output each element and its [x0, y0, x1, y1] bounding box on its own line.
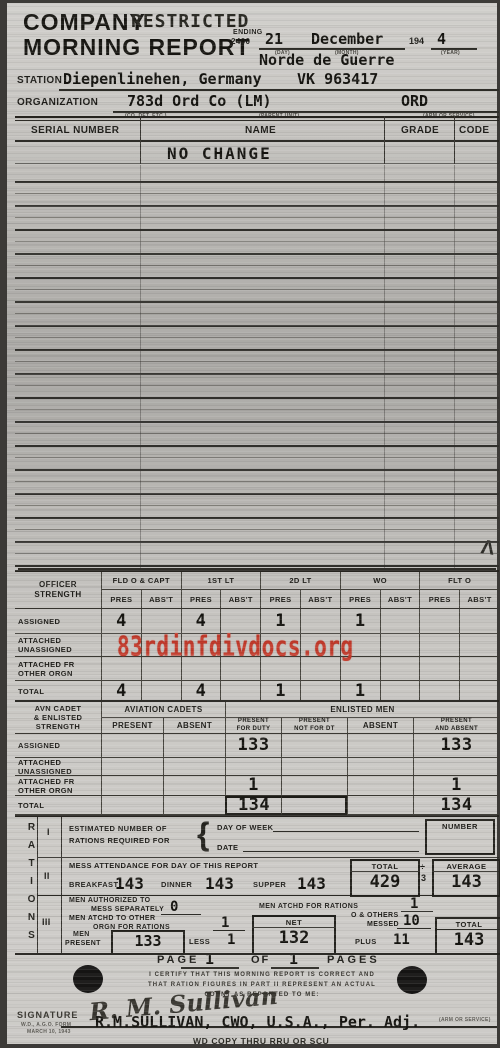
cell — [163, 796, 225, 815]
o-and-others-line2: MESSED — [367, 921, 399, 928]
group-wo: WO — [340, 572, 420, 590]
col-grade: GRADE — [401, 125, 439, 136]
empty-divider-serial — [140, 165, 141, 570]
form-date-small-print: MARCH 10, 1943 — [27, 1029, 71, 1035]
year-printed: 194 — [409, 36, 424, 46]
cell — [380, 657, 420, 681]
mess-total-value: 429 — [352, 872, 418, 892]
atchd-for-underline — [401, 911, 433, 912]
rations-section: RATIONS I II III ESTIMATED NUMBER OF RAT… — [15, 815, 499, 955]
day-of-week-label: DAY OF WEEK — [217, 823, 274, 832]
group-aviation-cadets: AVIATION CADETS — [101, 702, 225, 718]
roster-divider-serial — [140, 116, 141, 164]
cell — [141, 681, 181, 702]
form-title-company: COMPANY — [23, 9, 146, 36]
page-label: PAGE — [157, 954, 199, 966]
rations-side-label: RATIONS — [17, 821, 37, 949]
cell — [101, 734, 163, 758]
mess-average-box: AVERAGE 143 — [432, 859, 500, 897]
arm-service-value: ORD — [401, 92, 428, 110]
subhead-pres: PRES — [419, 590, 459, 609]
cell — [163, 734, 225, 758]
empty-divider-grade — [384, 165, 385, 570]
date-day-value: 21 — [265, 30, 283, 48]
colhead-present: PRESENT — [101, 718, 163, 734]
cell — [459, 634, 499, 657]
cell — [419, 634, 459, 657]
col-code: CODE — [459, 125, 490, 136]
mess-average-label: AVERAGE — [434, 861, 499, 872]
divide-sign: ÷ — [420, 862, 425, 872]
roster-top-rule-1 — [15, 116, 499, 118]
row-total-label: TOTAL — [15, 681, 101, 702]
mess-separately-underline — [161, 914, 201, 915]
cell-total-boxed: 134 — [225, 796, 281, 815]
others-messed-underline — [397, 928, 431, 929]
cell — [459, 609, 499, 634]
of-label: OF — [251, 954, 270, 966]
row-attached-unassigned-label: ATTACHEDUNASSIGNED — [15, 758, 101, 776]
empty-roster-rows — [15, 181, 499, 571]
men-atchd-for-rations-value: 1 — [410, 896, 418, 912]
cell — [347, 758, 413, 776]
station-value: Diepenlinehen, Germany — [63, 70, 262, 88]
cell-total-boxed — [281, 796, 347, 815]
subhead-pres: PRES — [340, 590, 380, 609]
men-present-value: 133 — [113, 932, 183, 950]
mess-average-value: 143 — [434, 872, 499, 892]
col-serial-number: SERIAL NUMBER — [31, 125, 119, 136]
wd-copy-line: WD COPY THRU RRU OR SCU — [193, 1036, 329, 1046]
row-attached-fr-label: ATTACHED FROTHER ORGN — [15, 776, 101, 796]
roster-entry-no-change: NO CHANGE — [167, 144, 272, 163]
year-typed: 4 — [437, 30, 446, 48]
mess-attendance-header: MESS ATTENDANCE FOR DAY OF THIS REPORT — [69, 861, 258, 870]
supper-label: SUPPER — [253, 880, 286, 889]
station-label: STATION — [17, 75, 62, 86]
cell: 4 — [181, 681, 221, 702]
net-box: NET 132 — [252, 915, 336, 955]
code-name-entry: Norde de Guerre — [259, 51, 394, 69]
less-label: LESS — [189, 937, 210, 946]
group-2d-lt: 2D LT — [260, 572, 340, 590]
subhead-pres: PRES — [260, 590, 300, 609]
others-messed-value: 10 — [403, 913, 420, 929]
ending-label: ENDING — [233, 29, 263, 36]
ending-time: 2400 — [231, 37, 250, 46]
rations-row-divider-1 — [37, 857, 499, 858]
roster-divider-code — [454, 116, 455, 164]
net-label: NET — [254, 917, 334, 928]
roster-top-rule-2 — [15, 120, 499, 121]
present-label: PRESENT — [65, 940, 101, 947]
rations-divider-2 — [61, 817, 62, 953]
cell — [101, 776, 163, 796]
cell: 1 — [260, 681, 300, 702]
row-assigned-label: ASSIGNED — [15, 609, 101, 634]
col-name: NAME — [245, 125, 276, 136]
roman-i: I — [47, 827, 50, 837]
atchd-other-value: 1 — [221, 915, 229, 931]
colhead-present-for-duty: PRESENTFOR DUTY — [225, 718, 281, 734]
supper-value: 143 — [297, 874, 326, 893]
cell — [419, 609, 459, 634]
cell: 4 — [101, 681, 141, 702]
empty-divider-code — [454, 165, 455, 570]
cell — [347, 796, 413, 815]
colhead-present-and-absent: PRESENTAND ABSENT — [413, 718, 499, 734]
o-and-others-line1: O & OTHERS — [351, 912, 399, 919]
men-authorized-line1: MEN AUTHORIZED TO — [69, 897, 150, 904]
date-underline2 — [243, 851, 419, 852]
date-label: DATE — [217, 843, 238, 852]
group-enlisted-men: ENLISTED MEN — [225, 702, 499, 718]
atchd-other-line1: MEN ATCHD TO OTHER — [69, 915, 155, 922]
rations-total-box: TOTAL 143 — [435, 917, 500, 955]
colhead-present-not-for-duty: PRESENTNOT FOR DT — [281, 718, 347, 734]
dinner-value: 143 — [205, 874, 234, 893]
subhead-abst: ABS'T — [220, 590, 260, 609]
cell: 1 — [225, 776, 281, 796]
plus-label: PLUS — [355, 937, 377, 946]
punch-hole-left — [73, 965, 103, 993]
breakfast-value: 143 — [115, 874, 144, 893]
men-present-box: 133 — [111, 930, 185, 955]
estimated-rations-line2: RATIONS REQUIRED FOR — [69, 836, 170, 845]
signature-label: SIGNATURE — [17, 1010, 78, 1020]
subhead-pres: PRES — [181, 590, 221, 609]
cell: 134 — [413, 796, 499, 815]
row-assigned-label: ASSIGNED — [15, 734, 101, 758]
men-authorized-line2: MESS SEPARATELY — [91, 906, 164, 913]
subhead-abst: ABS'T — [459, 590, 499, 609]
officer-strength-header: OFFICER STRENGTH — [15, 572, 101, 609]
date-month-value: December — [311, 30, 383, 48]
cell — [225, 758, 281, 776]
cell — [220, 681, 260, 702]
cell: 133 — [413, 734, 499, 758]
subhead-abst: ABS'T — [380, 590, 420, 609]
breakfast-label: BREAKFAST — [69, 880, 118, 889]
cell — [163, 758, 225, 776]
less-value: 1 — [227, 932, 235, 948]
group-1st-lt: 1ST LT — [181, 572, 261, 590]
row-attached-unassigned-label: ATTACHEDUNASSIGNED — [15, 634, 101, 657]
roman-ii: II — [44, 871, 50, 881]
year-sublabel: (YEAR) — [441, 50, 460, 56]
cell: 1 — [340, 681, 380, 702]
cell — [347, 734, 413, 758]
dinner-label: DINNER — [161, 880, 192, 889]
atchd-other-underline — [213, 930, 245, 931]
roster-divider-grade — [384, 116, 385, 164]
mess-total-box: TOTAL 429 — [350, 859, 420, 897]
cell — [281, 734, 347, 758]
roster-header-bottom-rule — [15, 140, 499, 142]
rations-divider-1 — [37, 817, 38, 953]
cell: 133 — [225, 734, 281, 758]
cell — [101, 796, 163, 815]
cell — [380, 609, 420, 634]
cell — [300, 681, 340, 702]
scanned-morning-report: COMPANY RESTRICTED MORNING REPORT ENDING… — [7, 3, 497, 1044]
enlisted-strength-table: AVN CADET& ENLISTEDSTRENGTH AVIATION CAD… — [15, 700, 499, 817]
cell — [281, 776, 347, 796]
cell — [419, 657, 459, 681]
row-total-label: TOTAL — [15, 796, 101, 815]
form-title-morning-report: MORNING REPORT — [23, 34, 250, 61]
mess-separately-value: 0 — [170, 899, 178, 915]
cell — [419, 681, 459, 702]
colhead-absent-en: ABSENT — [347, 718, 413, 734]
number-box-label: NUMBER — [427, 821, 493, 831]
cell — [380, 634, 420, 657]
brace-glyph: { — [197, 816, 209, 853]
men-atchd-for-rations-label: MEN ATCHD FOR RATIONS — [259, 903, 358, 910]
cell — [347, 776, 413, 796]
rations-total-label: TOTAL — [437, 919, 500, 930]
cell — [413, 758, 499, 776]
site-watermark: 83rdinfdivdocs.org — [117, 631, 354, 662]
roman-iii: III — [42, 917, 51, 927]
typed-signature-name: R.M.SULLIVAN, CWO, U.S.A., Per. Adj. — [95, 1013, 420, 1031]
colhead-absent: ABSENT — [163, 718, 225, 734]
cell — [101, 758, 163, 776]
row-attached-fr-label: ATTACHED FROTHER ORGN — [15, 657, 101, 681]
map-coordinates: VK 963417 — [297, 70, 378, 88]
subhead-abst: ABS'T — [141, 590, 181, 609]
group-flt-o: FLT O — [419, 572, 499, 590]
mess-total-label: TOTAL — [352, 861, 418, 872]
number-box: NUMBER — [425, 819, 495, 855]
group-fld-o-capt: FLD O & CAPT — [101, 572, 181, 590]
plus-value: 11 — [393, 932, 410, 948]
roster-row1-underline — [15, 163, 499, 164]
punch-hole-right — [397, 966, 427, 994]
subhead-pres: PRES — [101, 590, 141, 609]
net-value: 132 — [254, 928, 334, 948]
station-underline — [59, 89, 499, 91]
cell — [459, 681, 499, 702]
organization-label: ORGANIZATION — [17, 97, 98, 108]
rations-total-value: 143 — [437, 930, 500, 950]
enlisted-strength-header: AVN CADET& ENLISTEDSTRENGTH — [15, 702, 101, 734]
day-of-week-underline — [273, 831, 419, 832]
divide-by-3: 3 — [421, 873, 426, 883]
cell: 1 — [413, 776, 499, 796]
arm-service-faint-sublabel: (ARM OR SERVICE) — [439, 1017, 491, 1023]
subhead-abst: ABS'T — [300, 590, 340, 609]
cell — [281, 758, 347, 776]
organization-value: 783d Ord Co (LM) — [127, 92, 272, 110]
pages-label: PAGES — [327, 954, 380, 966]
estimated-rations-line1: ESTIMATED NUMBER OF — [69, 824, 167, 833]
rations-row-divider-2 — [37, 895, 499, 896]
cell — [380, 681, 420, 702]
restricted-stamp: RESTRICTED — [131, 11, 249, 32]
men-label: MEN — [73, 931, 90, 938]
cell — [163, 776, 225, 796]
cell — [459, 657, 499, 681]
